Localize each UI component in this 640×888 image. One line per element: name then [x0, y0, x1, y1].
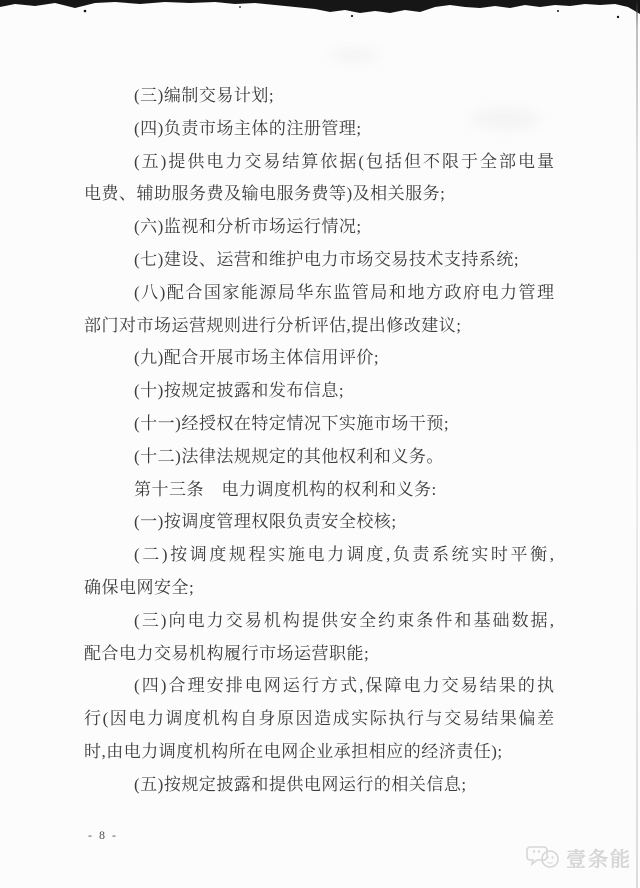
scan-smudge [330, 48, 380, 62]
text-line: (十一)经授权在特定情况下实施市场干预; [84, 408, 554, 441]
text-line: (四)负责市场主体的注册管理; [84, 113, 554, 146]
text-line: (八)配合国家能源局华东监管局和地方政府电力管理 [84, 277, 554, 310]
text-line: (九)配合开展市场主体信用评价; [84, 342, 554, 375]
text-line: (三)编制交易计划; [84, 80, 554, 113]
text-line: 电费、辅助服务费及输电服务费等)及相关服务; [84, 178, 554, 211]
text-line: (十)按规定披露和发布信息; [84, 375, 554, 408]
text-line: (四)合理安排电网运行方式,保障电力交易结果的执 [84, 670, 554, 703]
page-number: - 8 - [88, 828, 118, 843]
text-line: (六)监视和分析市场运行情况; [84, 211, 554, 244]
text-line: 确保电网安全; [84, 572, 554, 605]
text-line: 配合电力交易机构履行市场运营职能; [84, 638, 554, 671]
text-line: (十二)法律法规规定的其他权利和义务。 [84, 441, 554, 474]
text-line: 时,由电力调度机构所在电网企业承担相应的经济责任); [84, 736, 554, 769]
text-line: 行(因电力调度机构自身原因造成实际执行与交易结果偏差 [84, 703, 554, 736]
text-line: (二)按调度规程实施电力调度,负责系统实时平衡, [84, 539, 554, 572]
scan-edge-line [636, 0, 638, 888]
text-line: (三)向电力交易机构提供安全约束条件和基础数据, [84, 605, 554, 638]
text-line: (五)提供电力交易结算依据(包括但不限于全部电量 [84, 146, 554, 179]
chat-bubbles-icon [526, 842, 562, 872]
scanned-document-page: (三)编制交易计划;(四)负责市场主体的注册管理;(五)提供电力交易结算依据(包… [0, 0, 640, 888]
text-line: (七)建设、运营和维护电力市场交易技术支持系统; [84, 244, 554, 277]
text-line: (五)按规定披露和提供电网运行的相关信息; [84, 769, 554, 802]
brand-watermark-label: 壹条能 [566, 843, 632, 872]
text-line: 部门对市场运营规则进行分析评估,提出修改建议; [84, 310, 554, 343]
document-body: (三)编制交易计划;(四)负责市场主体的注册管理;(五)提供电力交易结算依据(包… [84, 80, 554, 802]
text-line: 第十三条 电力调度机构的权利和义务: [84, 474, 554, 507]
brand-watermark: 壹条能 [526, 842, 632, 872]
torn-paper-edge [0, 0, 640, 22]
text-line: (一)按调度管理权限负责安全校核; [84, 506, 554, 539]
